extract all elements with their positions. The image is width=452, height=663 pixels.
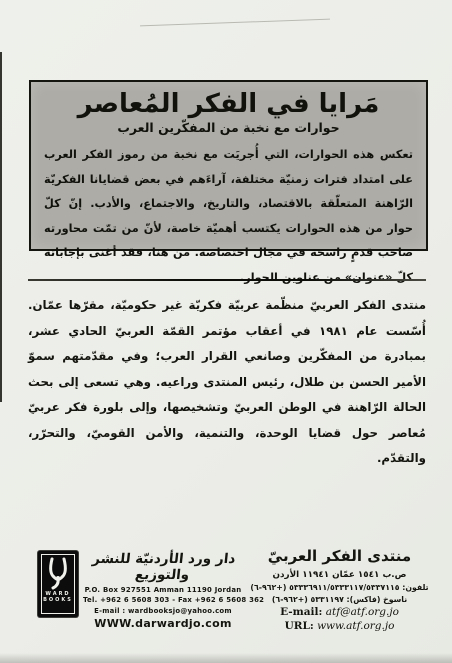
ward-books-logo: WARD BOOKS [38,551,78,617]
forum-url-line: URL: www.atf.org.jo [247,620,432,632]
publisher-name-arabic: دار ورد الأردنيّة للنشر والتوزيع [81,551,244,583]
forum-name: منتدى الفكر العربيّ [247,547,432,565]
forum-address: ص.ب ١٥٤١ عمّان ١١٩٤١ الأردن [247,570,432,580]
forum-email-line: E-mail: atf@atf.org.jo [247,606,432,618]
ward-calligraphy-icon [44,557,72,591]
forum-email-label: E-mail: [280,606,322,618]
publisher-telfax: Tel. +962 6 5608 303 - Fax +962 6 5608 3… [83,596,243,604]
scan-edge-artifact [0,52,2,402]
forum-description: منتدى الفكر العربيّ منظّمة عربيّة فكريّة… [28,293,426,472]
forum-phone: تلفون: ٥٣٣٣٦٩١١/٥٣٣٣١١٧/٥٣٣٧١١٥ (+٩٦٢-٦) [247,583,432,592]
forum-url-label: URL: [285,620,314,632]
forum-url: www.atf.org.jo [317,620,394,632]
book-blurb: تعكس هذه الحوارات، التي أُجريَت مع نخبة … [44,143,413,290]
publisher-contact-block: دار ورد الأردنيّة للنشر والتوزيع P.O. Bo… [83,551,243,630]
forum-contact-block: منتدى الفكر العربيّ ص.ب ١٥٤١ عمّان ١١٩٤١… [247,547,432,632]
title-panel: مَرايا في الفكر المُعاصر حوارات مع نخبة … [29,80,428,251]
book-subtitle: حوارات مع نخبة من المفكّرين العرب [31,120,426,135]
ward-books-logo-frame: WARD BOOKS [41,554,75,614]
scan-scratch-artifact [140,19,330,27]
publisher-pobox: P.O. Box 927551 Amman 11190 Jordan [83,586,243,594]
ward-books-logo-word2: BOOKS [43,597,73,603]
horizontal-divider [28,279,426,281]
book-title: مَرايا في الفكر المُعاصر [31,89,426,119]
publisher-email: E-mail : wardbooksjo@yahoo.com [83,607,243,615]
publisher-website: WWW.darwardjo.com [83,617,243,630]
forum-email: atf@atf.org.jo [326,606,399,618]
scan-bottom-shadow [0,653,452,663]
forum-fax: ناسوخ (فاكس): ٥٣٣١١٩٧ (+٩٦٢-٦) [247,595,432,604]
publisher-block: WARD BOOKS دار ورد الأردنيّة للنشر والتو… [38,551,243,630]
book-back-cover: مَرايا في الفكر المُعاصر حوارات مع نخبة … [0,0,452,663]
